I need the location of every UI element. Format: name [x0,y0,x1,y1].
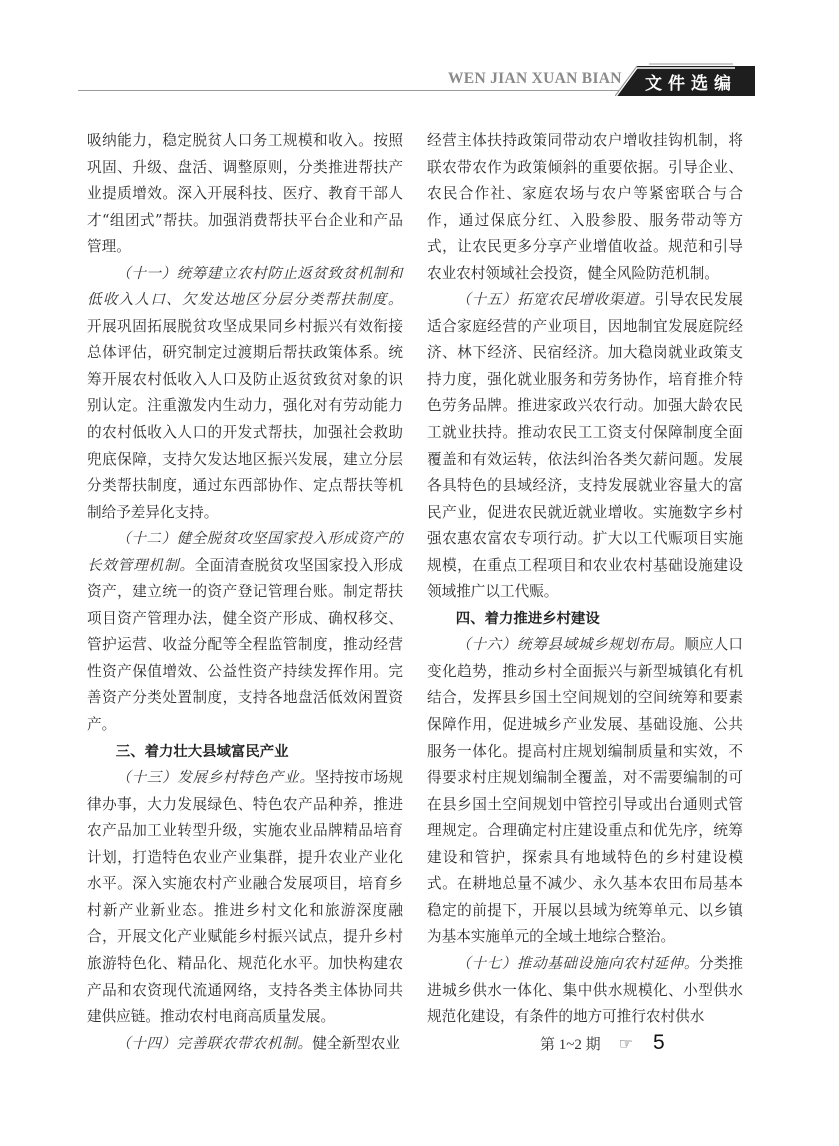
section-heading-4: 四、着力推进乡村建设 [427,606,743,633]
page-number: 5 [653,1031,665,1055]
header-rule [78,90,638,91]
item-lead: （十一）统筹建立农村防止返贫致贫机制和低收入人口、欠发达地区分层分类帮扶制度。 [87,265,403,309]
paragraph-text: 全面清查脱贫攻坚国家投入形成资产，建立统一的资产登记管理台账。制定帮扶项目资产管… [87,557,403,733]
section-heading-3: 三、着力壮大县域富民产业 [87,739,403,766]
paragraph-continuation: 经营主体扶持政策同带动农户增收挂钩机制，将联农带农作为政策倾斜的重要依据。引导企… [427,128,743,287]
paragraph-text: 坚持按市场规律办事，大力发展绿色、特色农产品种养，推进农产品加工业转型升级，实施… [87,769,403,1025]
paragraph-item-15: （十五）拓宽农民增收渠道。引导农民发展适合家庭经营的产业项目，因地制宜发展庭院经… [427,287,743,606]
right-column: 经营主体扶持政策同带动农户增收挂钩机制，将联农带农作为政策倾斜的重要依据。引导企… [427,128,743,1031]
paragraph-item-14: （十四）完善联农带农机制。健全新型农业 [87,1031,403,1058]
item-lead: （十七）推动基础设施向农村延伸。 [456,955,699,972]
item-lead: （十四）完善联农带农机制。 [116,1035,312,1052]
paragraph-text: 顺应人口变化趋势，推动乡村全面振兴与新型城镇化有机结合，发挥县乡国土空间规划的空… [427,636,743,945]
paragraph-item-13: （十三）发展乡村特色产业。坚持按市场规律办事，大力发展绿色、特色农产品种养，推进… [87,765,403,1030]
paragraph-text: 开展巩固拓展脱贫攻坚成果同乡村振兴有效衔接总体评估，研究制定过渡期后帮扶政策体系… [87,318,403,521]
paragraph-continuation: 吸纳能力，稳定脱贫人口务工规模和收入。按照巩固、升级、盘活、调整原则，分类推进帮… [87,128,403,261]
paragraph-text: 健全新型农业 [312,1035,400,1052]
paragraph-item-17: （十七）推动基础设施向农村延伸。分类推进城乡供水一体化、集中供水规模化、小型供水… [427,951,743,1031]
issue-number: 第 1~2 期 [540,1033,601,1054]
left-column: 吸纳能力，稳定脱贫人口务工规模和收入。按照巩固、升级、盘活、调整原则，分类推进帮… [87,128,403,1057]
item-lead: （十三）发展乡村特色产业。 [116,769,314,786]
paragraph-item-16: （十六）统筹县域城乡规划布局。顺应人口变化趋势，推动乡村全面振兴与新型城镇化有机… [427,632,743,951]
section-title-latin: WEN JIAN XUAN BIAN [448,70,622,88]
item-lead: （十六）统筹县域城乡规划布局。 [456,636,684,653]
paragraph-text: 吸纳能力，稳定脱贫人口务工规模和收入。按照巩固、升级、盘活、调整原则，分类推进帮… [87,132,403,255]
paragraph-item-12: （十二）健全脱贫攻坚国家投入形成资产的长效管理机制。全面清查脱贫攻坚国家投入形成… [87,526,403,738]
pointing-hand-icon: ☞ [619,1034,633,1053]
item-lead: （十五）拓宽农民增收渠道。 [456,291,654,308]
page-footer: 第 1~2 期 ☞ 5 [540,1028,665,1058]
section-title-chinese: 文件选编 [645,69,745,94]
section-badge: 文件选编 [615,60,755,100]
paragraph-text: 经营主体扶持政策同带动农户增收挂钩机制，将联农带农作为政策倾斜的重要依据。引导企… [427,132,743,282]
page-header: WEN JIAN XUAN BIAN 文件选编 [0,0,839,110]
paragraph-item-11: （十一）统筹建立农村防止返贫致贫机制和低收入人口、欠发达地区分层分类帮扶制度。开… [87,261,403,526]
paragraph-text: 引导农民发展适合家庭经营的产业项目，因地制宜发展庭院经济、林下经济、民宿经济。加… [427,291,743,600]
